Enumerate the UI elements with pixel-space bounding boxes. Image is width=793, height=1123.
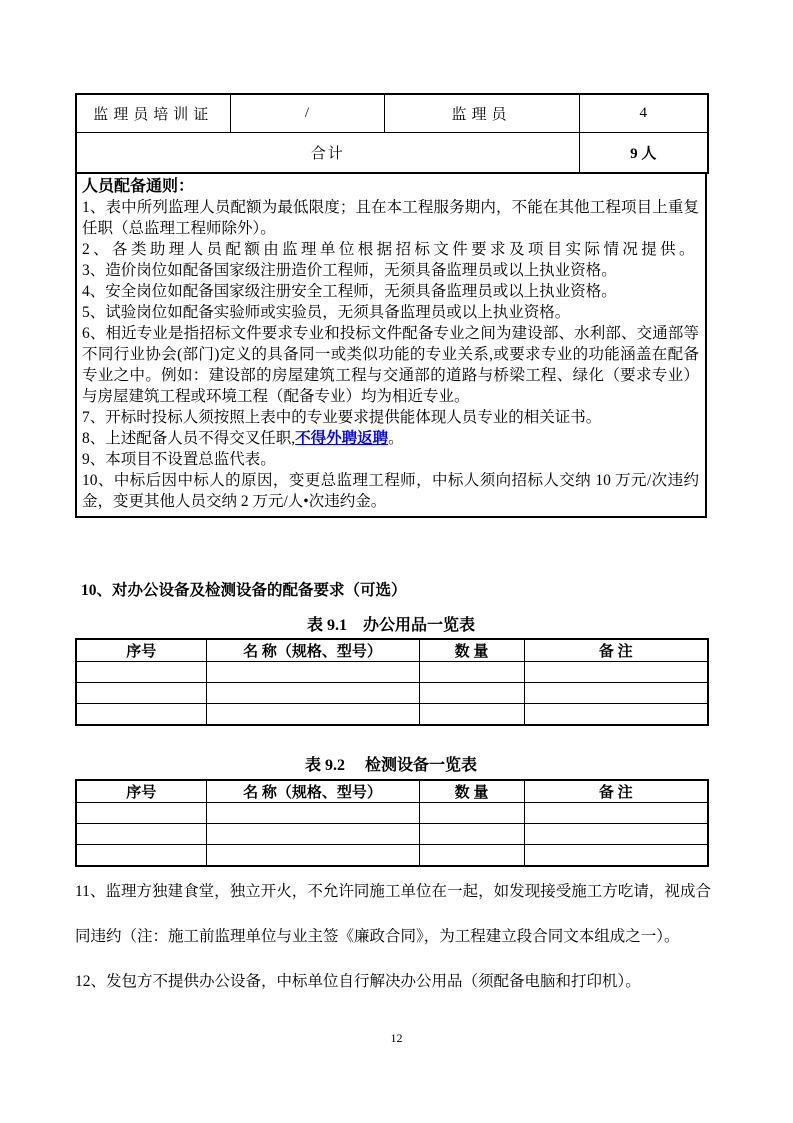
rule-item-6: 6、相近专业是指招标文件要求专业和投标文件配备专业之间为建设部、水利部、交通部等… (82, 323, 699, 407)
rule-item-7: 7、开标时投标人须按照上表中的专业要求提供能体现人员专业的相关证书。 (82, 407, 699, 428)
paragraph-11: 11、监理方独建食堂，独立开火，不允许同施工单位在一起，如发现接受施工方吃请，视… (75, 869, 711, 959)
rule-item-5: 5、试验岗位如配备实验师或实验员，无须具备监理员或以上执业资格。 (82, 302, 699, 323)
empty-cell (419, 803, 524, 824)
section-heading: 10、对办公设备及检测设备的配备要求（可选） (81, 578, 793, 600)
header-seq: 序号 (76, 780, 206, 803)
empty-cell (524, 803, 708, 824)
testing-table-header-row: 序号 名 称（规格、型号） 数 量 备 注 (76, 780, 708, 803)
office-supplies-table: 序号 名 称（规格、型号） 数 量 备 注 (75, 638, 709, 726)
empty-cell (419, 824, 524, 845)
table-row (76, 845, 708, 867)
rule-item-9: 9、本项目不设置总监代表。 (82, 449, 699, 470)
rule-item-1: 1、表中所列监理人员配额为最低限度；且在本工程服务期内，不能在其他工程项目上重复… (82, 197, 699, 239)
cell-total-value: 9 人 (579, 133, 708, 174)
empty-cell (76, 704, 206, 726)
empty-cell (206, 803, 419, 824)
staffing-table: 监理员培训证 / 监理员 4 合计 9 人 (75, 93, 709, 174)
header-remark: 备 注 (524, 780, 708, 803)
cell-role: 监理员 (384, 94, 579, 133)
page-number: 12 (0, 1031, 793, 1046)
empty-cell (419, 683, 524, 704)
empty-cell (206, 683, 419, 704)
empty-cell (76, 845, 206, 867)
staffing-row-cert: 监理员培训证 / 监理员 4 (76, 94, 708, 133)
testing-table-title: 表 9.2 检测设备一览表 (75, 752, 707, 775)
table-row (76, 704, 708, 726)
rule-item-2: 2、各类助理人员配额由监理单位根据招标文件要求及项目实际情况提供。 (82, 239, 699, 260)
rule-item-10: 10、中标后因中标人的原因，变更总监理工程师，中标人须向招标人交纳 10 万元/… (82, 470, 699, 512)
rules-box: 人员配备通则： 1、表中所列监理人员配额为最低限度；且在本工程服务期内，不能在其… (75, 172, 707, 518)
paragraph-12: 12、发包方不提供办公设备，中标单位自行解决办公用品（须配备电脑和打印机）。 (75, 959, 711, 1004)
header-remark: 备 注 (524, 639, 708, 662)
cell-cert-value: / (230, 94, 384, 133)
no-external-hire-link[interactable]: 不得外聘返聘 (295, 430, 388, 447)
empty-cell (524, 704, 708, 726)
empty-cell (206, 845, 419, 867)
rule-item-8: 8、上述配备人员不得交叉任职,不得外聘返聘。 (82, 428, 699, 449)
header-qty: 数 量 (419, 780, 524, 803)
empty-cell (76, 662, 206, 683)
table-row (76, 824, 708, 845)
staffing-row-total: 合计 9 人 (76, 133, 708, 174)
rule-item-4: 4、安全岗位如配备国家级注册安全工程师，无须具备监理员或以上执业资格。 (82, 281, 699, 302)
empty-cell (419, 845, 524, 867)
office-table-title: 表 9.1 办公用品一览表 (75, 612, 707, 635)
table-row (76, 683, 708, 704)
empty-cell (419, 662, 524, 683)
rule-item-8-text: 8、上述配备人员不得交叉任职, (82, 430, 295, 447)
empty-cell (524, 845, 708, 867)
empty-cell (524, 683, 708, 704)
rule-item-3: 3、造价岗位如配备国家级注册造价工程师，无须具备监理员或以上执业资格。 (82, 260, 699, 281)
office-table-header-row: 序号 名 称（规格、型号） 数 量 备 注 (76, 639, 708, 662)
rules-title: 人员配备通则： (82, 176, 699, 197)
table-row (76, 803, 708, 824)
header-name: 名 称（规格、型号） (206, 639, 419, 662)
cell-total-label: 合计 (76, 133, 579, 174)
empty-cell (524, 662, 708, 683)
testing-equipment-table: 序号 名 称（规格、型号） 数 量 备 注 (75, 779, 709, 867)
cell-role-count: 4 (579, 94, 708, 133)
empty-cell (76, 803, 206, 824)
empty-cell (419, 704, 524, 726)
empty-cell (206, 704, 419, 726)
empty-cell (76, 824, 206, 845)
rule-item-8-period: 。 (388, 430, 404, 447)
empty-cell (76, 683, 206, 704)
empty-cell (206, 662, 419, 683)
header-name: 名 称（规格、型号） (206, 780, 419, 803)
table-row (76, 662, 708, 683)
document-page: 监理员培训证 / 监理员 4 合计 9 人 人员配备通则： 1、表中所列监理人员… (0, 0, 793, 1123)
empty-cell (206, 824, 419, 845)
header-seq: 序号 (76, 639, 206, 662)
cell-cert-type: 监理员培训证 (76, 94, 230, 133)
empty-cell (524, 824, 708, 845)
header-qty: 数 量 (419, 639, 524, 662)
